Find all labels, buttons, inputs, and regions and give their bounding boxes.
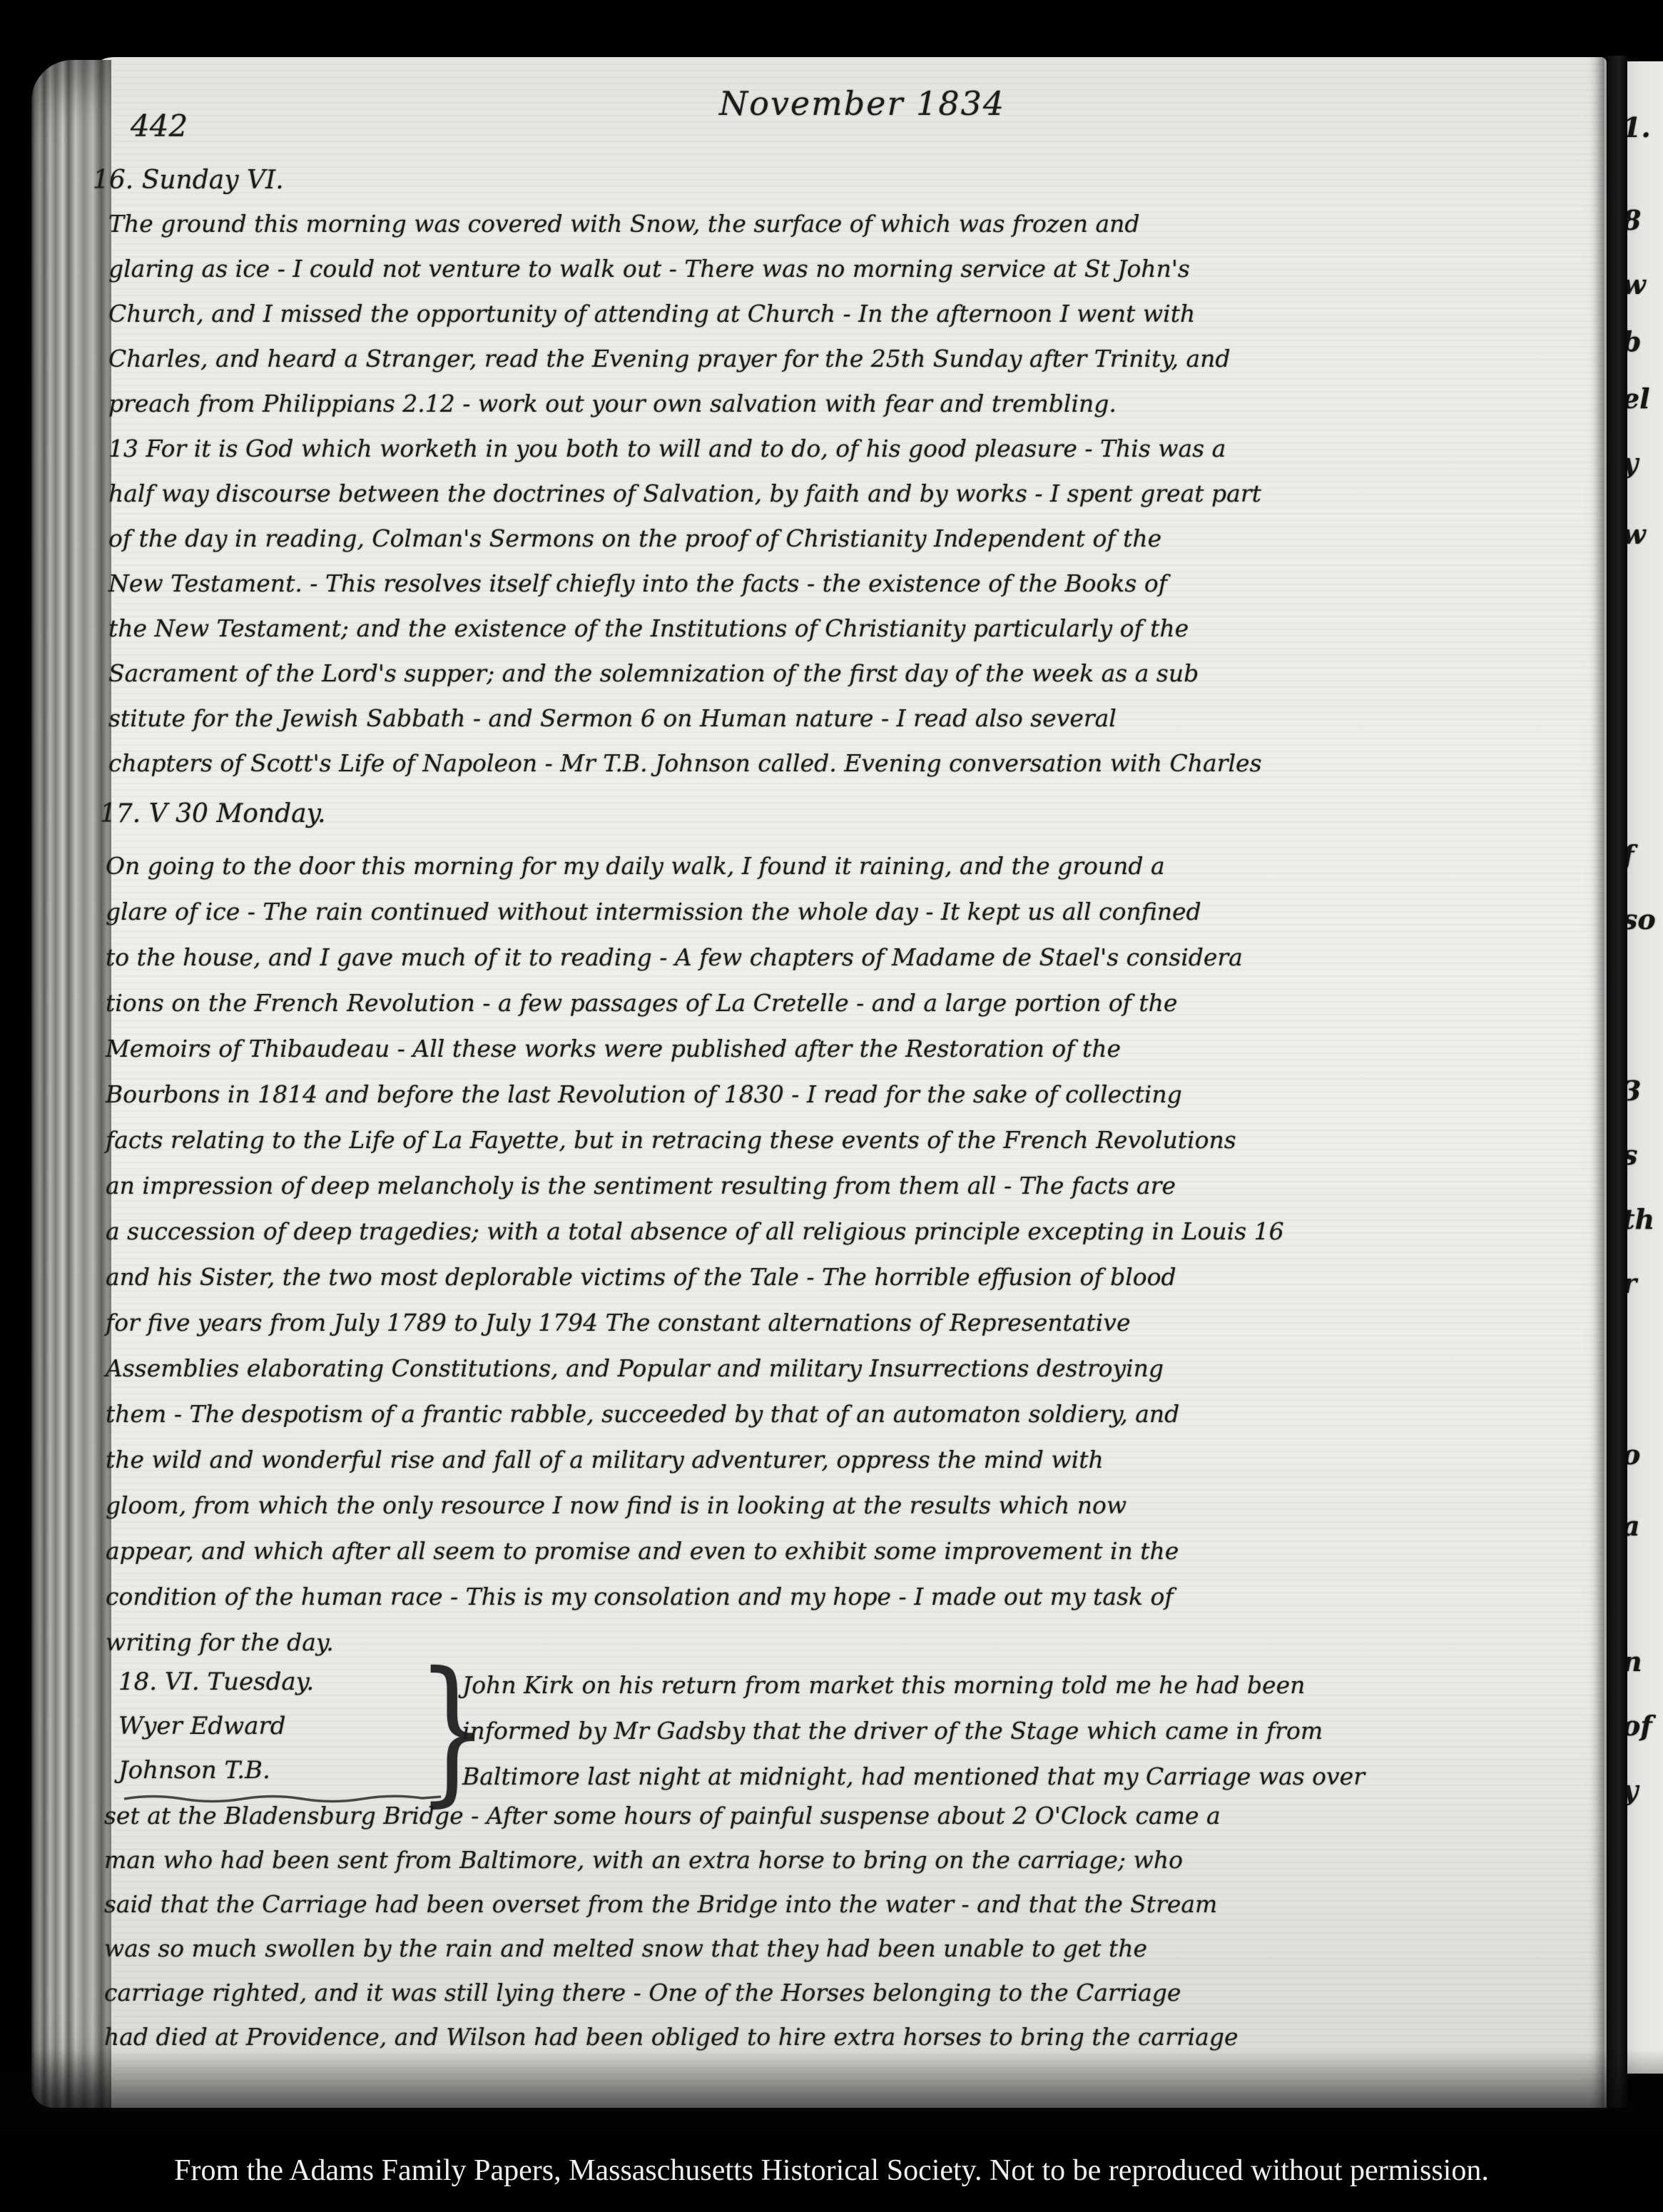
next-page-fragment: n bbox=[1627, 1645, 1642, 1678]
archive-caption: From the Adams Family Papers, Massaschus… bbox=[0, 2153, 1663, 2188]
handwritten-line: Bourbons in 1814 and before the last Rev… bbox=[106, 1072, 1284, 1117]
entry-17-body: On going to the door this morning for my… bbox=[106, 843, 1284, 1665]
handwritten-line: set at the Bladensburg Bridge - After so… bbox=[104, 1794, 1239, 1838]
next-page-fragment: b bbox=[1627, 325, 1642, 357]
entry-18-margin-block: 18. VI. Tuesday. Wyer Edward Johnson T.B… bbox=[118, 1660, 314, 1792]
handwritten-line: the New Testament; and the existence of … bbox=[108, 606, 1262, 651]
next-page-fragment: y bbox=[1627, 447, 1638, 479]
handwritten-line: chapters of Scott's Life of Napoleon - M… bbox=[108, 741, 1262, 786]
next-page-fragment: a bbox=[1627, 1510, 1640, 1542]
handwritten-line: glaring as ice - I could not venture to … bbox=[108, 246, 1262, 291]
entry-18-body-indented: John Kirk on his return from market this… bbox=[462, 1663, 1365, 1800]
handwritten-line: preach from Philippians 2.12 - work out … bbox=[108, 381, 1262, 426]
handwritten-line: writing for the day. bbox=[106, 1620, 1284, 1665]
entry-16-body: The ground this morning was covered with… bbox=[108, 201, 1262, 786]
book-binding-edges bbox=[31, 60, 111, 2108]
next-page-fragment: y bbox=[1627, 1774, 1638, 1806]
entry-18-body-full: set at the Bladensburg Bridge - After so… bbox=[104, 1794, 1239, 2059]
entry-16-heading: 16. Sunday VI. bbox=[93, 166, 284, 195]
handwritten-line: for five years from July 1789 to July 17… bbox=[106, 1300, 1284, 1346]
handwritten-line: them - The despotism of a frantic rabble… bbox=[106, 1391, 1284, 1437]
handwritten-line: Memoirs of Thibaudeau - All these works … bbox=[106, 1026, 1284, 1072]
next-page-fragment: 1. bbox=[1627, 111, 1651, 143]
handwritten-line: 13 For it is God which worketh in you bo… bbox=[108, 426, 1262, 471]
handwritten-line: was so much swollen by the rain and melt… bbox=[104, 1927, 1239, 1971]
page-gutter-shadow bbox=[1604, 56, 1627, 2108]
handwritten-line: and his Sister, the two most deplorable … bbox=[106, 1254, 1284, 1300]
handwritten-line: half way discourse between the doctrines… bbox=[108, 471, 1262, 516]
handwritten-line: Charles, and heard a Stranger, read the … bbox=[108, 336, 1262, 381]
handwritten-line: condition of the human race - This is my… bbox=[106, 1574, 1284, 1620]
entry-17-heading: 17. V 30 Monday. bbox=[100, 799, 326, 828]
next-page-fragment: so bbox=[1627, 903, 1656, 935]
scan-vignette bbox=[0, 2049, 1663, 2156]
handwritten-line: On going to the door this morning for my… bbox=[106, 843, 1284, 889]
handwritten-line: man who had been sent from Baltimore, wi… bbox=[104, 1838, 1239, 1882]
handwritten-line: the wild and wonderful rise and fall of … bbox=[106, 1437, 1284, 1483]
handwritten-line: John Kirk on his return from market this… bbox=[462, 1663, 1365, 1708]
handwritten-line: Baltimore last night at midnight, had me… bbox=[462, 1754, 1365, 1800]
handwritten-line: stitute for the Jewish Sabbath - and Ser… bbox=[108, 696, 1262, 741]
handwritten-line: an impression of deep melancholy is the … bbox=[106, 1163, 1284, 1209]
next-page-fragment: s bbox=[1627, 1139, 1637, 1171]
page-number: 442 bbox=[131, 108, 188, 143]
handwritten-line: appear, and which after all seem to prom… bbox=[106, 1528, 1284, 1574]
handwritten-line: facts relating to the Life of La Fayette… bbox=[106, 1117, 1284, 1163]
handwritten-line: to the house, and I gave much of it to r… bbox=[106, 935, 1284, 980]
next-page-fragment: w bbox=[1627, 268, 1646, 300]
handwritten-line: a succession of deep tragedies; with a t… bbox=[106, 1209, 1284, 1254]
handwritten-line: informed by Mr Gadsby that the driver of… bbox=[462, 1708, 1365, 1754]
handwritten-line: of the day in reading, Colman's Sermons … bbox=[108, 516, 1262, 561]
handwritten-line: Sacrament of the Lord's supper; and the … bbox=[108, 651, 1262, 696]
margin-name: Johnson T.B. bbox=[118, 1748, 314, 1792]
handwritten-line: Church, and I missed the opportunity of … bbox=[108, 291, 1262, 336]
handwritten-line: tions on the French Revolution - a few p… bbox=[106, 980, 1284, 1026]
handwritten-line: The ground this morning was covered with… bbox=[108, 201, 1262, 246]
next-page-fragment: r bbox=[1627, 1267, 1637, 1299]
month-year-header: November 1834 bbox=[719, 84, 1005, 123]
next-page-fragment: o bbox=[1627, 1439, 1640, 1471]
next-page-fragment: 8 bbox=[1627, 204, 1641, 236]
handwritten-line: glare of ice - The rain continued withou… bbox=[106, 889, 1284, 935]
next-page-fragment: w bbox=[1627, 518, 1646, 550]
handwritten-line: said that the Carriage had been overset … bbox=[104, 1882, 1239, 1927]
next-page-fragment: th bbox=[1627, 1203, 1654, 1235]
next-page-fragment: el bbox=[1627, 382, 1650, 415]
next-page-fragment: f bbox=[1627, 839, 1634, 871]
adjacent-page-sliver: 1. 8 w b el y w f so 3 s th r o a n of y bbox=[1627, 61, 1663, 2074]
margin-name: Wyer Edward bbox=[118, 1704, 314, 1748]
handwritten-line: New Testament. - This resolves itself ch… bbox=[108, 561, 1262, 606]
next-page-fragment: of bbox=[1627, 1710, 1652, 1742]
entry-18-heading: 18. VI. Tuesday. bbox=[118, 1660, 314, 1704]
next-page-fragment: 3 bbox=[1627, 1075, 1641, 1107]
handwritten-line: carriage righted, and it was still lying… bbox=[104, 1971, 1239, 2015]
handwritten-line: gloom, from which the only resource I no… bbox=[106, 1483, 1284, 1528]
scanned-diary-page: 442 November 1834 16. Sunday VI. The gro… bbox=[0, 0, 1663, 2212]
handwritten-line: Assemblies elaborating Constitutions, an… bbox=[106, 1346, 1284, 1391]
